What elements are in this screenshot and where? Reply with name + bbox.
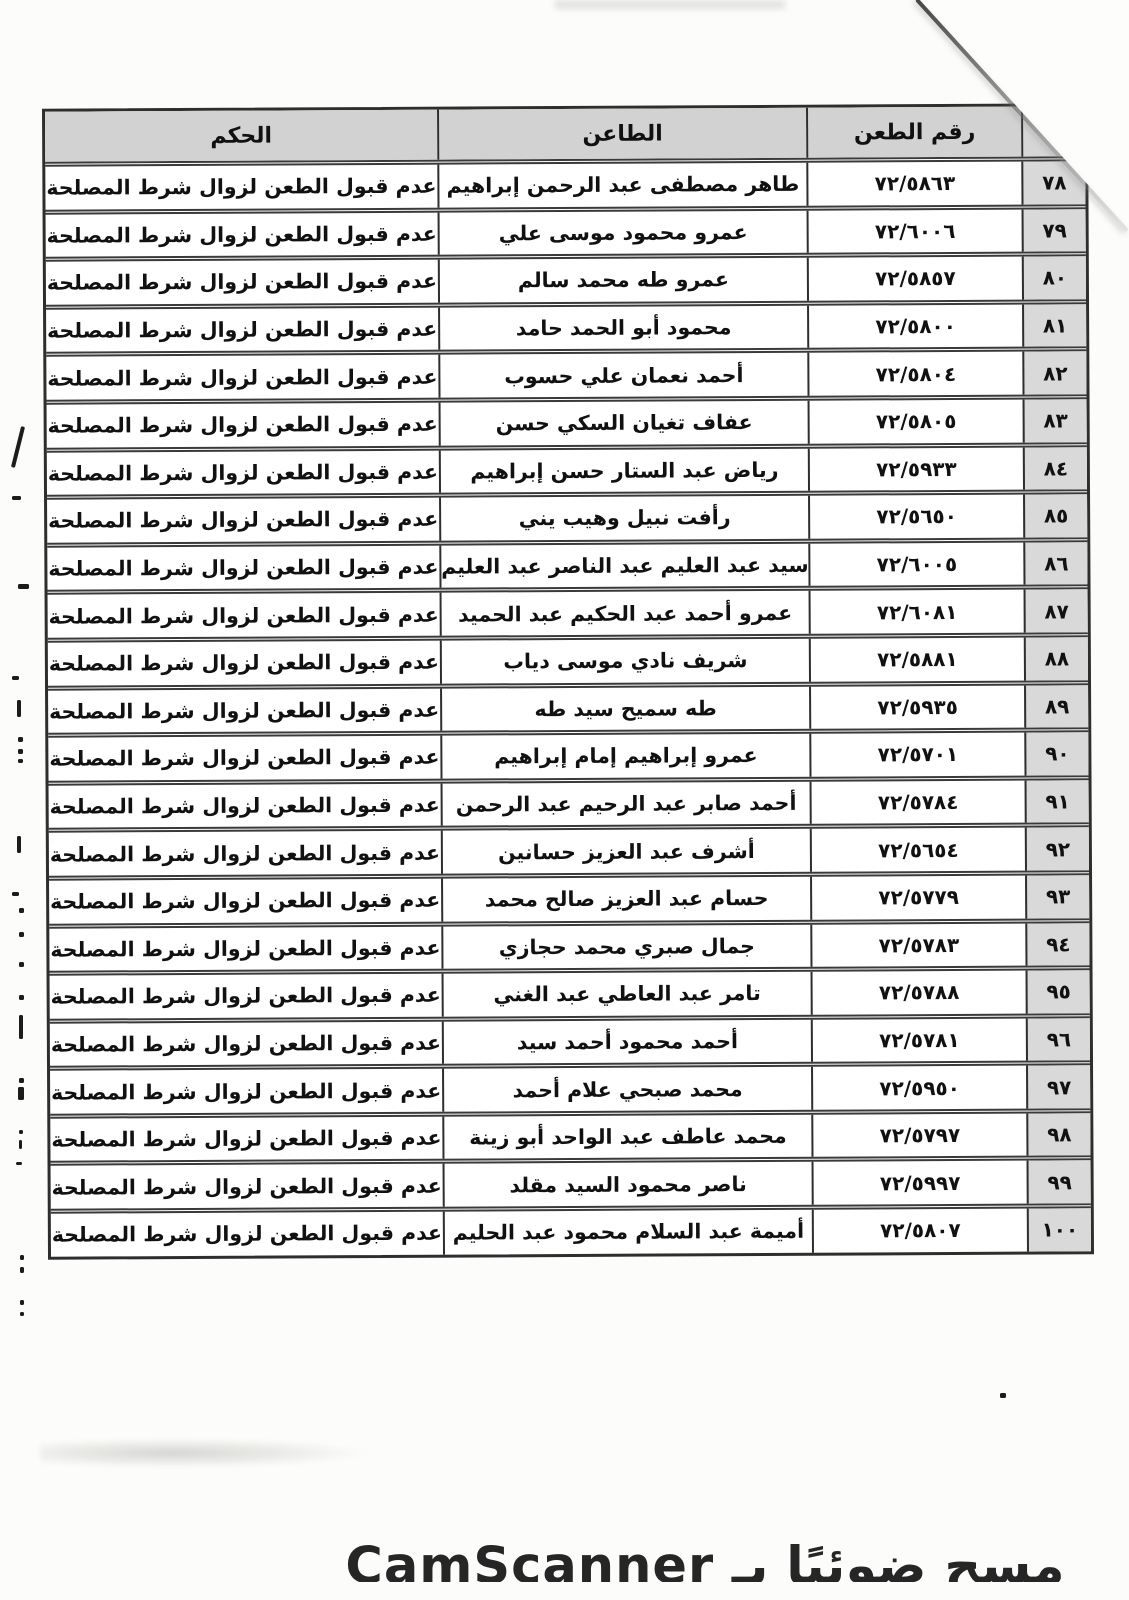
- cell-appellant: محمد عاطف عبد الواحد أبو زينة: [442, 1115, 811, 1160]
- cell-appeal-number: ٧٢/٥٨٠٥: [808, 400, 1023, 444]
- cell-appellant: رياض عبد الستار حسن إبراهيم: [439, 448, 808, 493]
- cell-appeal-number: ٧٢/٥٧٠١: [809, 733, 1024, 777]
- cell-serial: ٩٠: [1024, 732, 1088, 775]
- cell-judgment: عدم قبول الطعن لزوال شرط المصلحة: [46, 260, 438, 305]
- cell-serial: ٧٩: [1022, 209, 1086, 252]
- cell-appeal-number: ٧٢/٥٦٥٤: [810, 828, 1025, 872]
- cell-judgment: عدم قبول الطعن لزوال شرط المصلحة: [48, 641, 440, 686]
- cell-appellant: أحمد محمود أحمد سيد: [442, 1019, 811, 1064]
- scan-artifact: [18, 1087, 24, 1100]
- cell-serial: ٨٠: [1022, 256, 1086, 299]
- scan-artifact: [16, 1162, 22, 1165]
- table-row: ٧٩ ٧٢/٦٠٠٦ عمرو محمود موسى علي عدم قبول …: [46, 204, 1086, 257]
- cell-serial: ٨٢: [1022, 352, 1086, 395]
- cell-serial: ٩٢: [1025, 828, 1089, 871]
- cell-judgment: عدم قبول الطعن لزوال شرط المصلحة: [50, 974, 442, 1019]
- scan-artifact: [19, 1078, 24, 1083]
- cell-appeal-number: ٧٢/٥٩٣٥: [809, 685, 1024, 729]
- scan-artifact: [19, 1130, 23, 1134]
- scan-artifact: [12, 892, 19, 896]
- scan-smudge: [555, 0, 785, 9]
- scan-artifact: [1000, 1393, 1006, 1398]
- cell-appellant: محمد صبحي علام أحمد: [442, 1067, 811, 1112]
- header-appeal-number: رقم الطعن: [806, 107, 1021, 158]
- cell-appeal-number: ٧٢/٥٨٠٤: [807, 352, 1022, 396]
- cell-appellant: رأفت نبيل وهيب يني: [439, 496, 808, 541]
- table-row: ٨٤ ٧٢/٥٩٣٣ رياض عبد الستار حسن إبراهيم ع…: [47, 442, 1087, 495]
- scan-smudge: [40, 1438, 370, 1468]
- cell-judgment: عدم قبول الطعن لزوال شرط المصلحة: [47, 450, 439, 495]
- table-row: ٨٥ ٧٢/٥٦٥٠ رأفت نبيل وهيب يني عدم قبول ا…: [47, 489, 1087, 542]
- scan-artifact: [17, 700, 21, 717]
- cell-judgment: عدم قبول الطعن لزوال شرط المصلحة: [48, 688, 440, 733]
- cell-serial: ٩٨: [1026, 1113, 1090, 1156]
- scan-artifact: [19, 962, 24, 967]
- cell-judgment: عدم قبول الطعن لزوال شرط المصلحة: [45, 165, 437, 210]
- cell-appeal-number: ٧٢/٥٩٩٧: [812, 1161, 1027, 1205]
- cell-appellant: عمرو أحمد عبد الحكيم عبد الحميد: [440, 591, 809, 636]
- cell-appeal-number: ٧٢/٥٨٦٣: [806, 162, 1021, 206]
- cell-appeal-number: ٧٢/٦٠٠٥: [808, 542, 1023, 586]
- cell-judgment: عدم قبول الطعن لزوال شرط المصلحة: [47, 498, 439, 543]
- table-row: ٩٨ ٧٢/٥٧٩٧ محمد عاطف عبد الواحد أبو زينة…: [50, 1108, 1090, 1161]
- cell-appellant: طاهر مصطفى عبد الرحمن إبراهيم: [437, 163, 806, 208]
- header-appellant: الطاعن: [437, 108, 806, 160]
- cell-judgment: عدم قبول الطعن لزوال شرط المصلحة: [50, 1117, 442, 1162]
- cell-appellant: أشرف عبد العزيز حسانين: [441, 829, 810, 874]
- cell-serial: ٨٨: [1024, 637, 1088, 680]
- table-row: ٨٨ ٧٢/٥٨٨١ شريف نادي موسى دياب عدم قبول …: [48, 632, 1088, 685]
- cell-judgment: عدم قبول الطعن لزوال شرط المصلحة: [49, 879, 441, 924]
- cell-appeal-number: ٧٢/٥٧٨٨: [811, 971, 1026, 1015]
- camscanner-watermark-text: مسح ضوئيًا بـ CamScanner: [285, 1535, 1125, 1582]
- cell-appeal-number: ٧٢/٥٧٨٣: [810, 923, 1025, 967]
- scan-artifact: [18, 584, 29, 589]
- cell-appeal-number: ٧٢/٥٧٨٤: [810, 780, 1025, 824]
- cell-serial: ١٠٠: [1027, 1208, 1091, 1251]
- cell-appeal-number: ٧٢/٦٠٨١: [809, 590, 1024, 634]
- cell-serial: ٨٣: [1023, 399, 1087, 442]
- cell-judgment: عدم قبول الطعن لزوال شرط المصلحة: [46, 307, 438, 352]
- scan-artifact: [19, 1140, 22, 1149]
- cell-judgment: عدم قبول الطعن لزوال شرط المصلحة: [47, 403, 439, 448]
- cell-appeal-number: ٧٢/٥٩٣٣: [808, 447, 1023, 491]
- cell-appellant: عمرو محمود موسى علي: [438, 210, 807, 255]
- cell-judgment: عدم قبول الطعن لزوال شرط المصلحة: [51, 1164, 443, 1209]
- cell-judgment: عدم قبول الطعن لزوال شرط المصلحة: [47, 545, 439, 590]
- table-row: ١٠٠ ٧٢/٥٨٠٧ أميمة عبد السلام محمود عبد ا…: [51, 1203, 1091, 1256]
- table-row: ٩٤ ٧٢/٥٧٨٣ جمال صبري محمد حجازي عدم قبول…: [49, 918, 1089, 971]
- cell-appeal-number: ٧٢/٥٧٩٧: [811, 1113, 1026, 1157]
- scan-artifact: [17, 836, 21, 853]
- table-row: ٨٩ ٧٢/٥٩٣٥ طه سميح سيد طه عدم قبول الطعن…: [48, 680, 1088, 733]
- cell-serial: ٩٥: [1026, 970, 1090, 1013]
- cell-appellant: أميمة عبد السلام محمود عبد الحليم: [443, 1210, 812, 1255]
- cell-appellant: طه سميح سيد طه: [440, 686, 809, 731]
- header-judgment: الحكم: [45, 110, 437, 162]
- cell-judgment: عدم قبول الطعن لزوال شرط المصلحة: [49, 783, 441, 828]
- camscanner-watermark: مسح ضوئيًا بـ CamScanner: [285, 1535, 1125, 1582]
- cell-appellant: تامر عبد العاطي عبد الغني: [442, 972, 811, 1017]
- table-row: ٩٠ ٧٢/٥٧٠١ عمرو إبراهيم إمام إبراهيم عدم…: [48, 727, 1088, 780]
- scan-artifact: [18, 759, 23, 763]
- cell-appellant: عمرو طه محمد سالم: [438, 258, 807, 303]
- cell-appeal-number: ٧٢/٦٠٠٦: [807, 209, 1022, 253]
- cell-serial: ٩١: [1025, 780, 1089, 823]
- cell-serial: ٨٤: [1023, 447, 1087, 490]
- table-row: ٨١ ٧٢/٥٨٠٠ محمود أبو الحمد حامد عدم قبول…: [46, 299, 1086, 352]
- cell-serial: ٨٥: [1023, 494, 1087, 537]
- cell-serial: ٨٧: [1024, 590, 1088, 633]
- table-row: ٨٠ ٧٢/٥٨٥٧ عمرو طه محمد سالم عدم قبول ال…: [46, 251, 1086, 304]
- table-row: ٨٧ ٧٢/٦٠٨١ عمرو أحمد عبد الحكيم عبد الحم…: [48, 585, 1088, 638]
- cell-judgment: عدم قبول الطعن لزوال شرط المصلحة: [49, 926, 441, 971]
- scan-artifact: [20, 1312, 24, 1316]
- cell-judgment: عدم قبول الطعن لزوال شرط المصلحة: [48, 736, 440, 781]
- scan-artifact: [19, 908, 24, 913]
- table-row: ٩٩ ٧٢/٥٩٩٧ ناصر محمود السيد مقلد عدم قبو…: [51, 1156, 1091, 1209]
- cell-appeal-number: ٧٢/٥٧٨١: [811, 1018, 1026, 1062]
- table-row: ٧٨ ٧٢/٥٨٦٣ طاهر مصطفى عبد الرحمن إبراهيم…: [45, 156, 1085, 209]
- cell-judgment: عدم قبول الطعن لزوال شرط المصلحة: [50, 1021, 442, 1066]
- cell-judgment: عدم قبول الطعن لزوال شرط المصلحة: [51, 1212, 443, 1257]
- cell-appeal-number: ٧٢/٥٦٥٠: [808, 495, 1023, 539]
- cell-appellant: عمرو إبراهيم إمام إبراهيم: [440, 734, 809, 779]
- cell-serial: ٩٤: [1025, 923, 1089, 966]
- cell-serial: ٨٩: [1024, 685, 1088, 728]
- table-header-row: رقم الطعن الطاعن الحكم: [45, 106, 1085, 161]
- scanned-document-page: رقم الطعن الطاعن الحكم ٧٨ ٧٢/٥٨٦٣ طاهر م…: [0, 0, 1129, 1600]
- scan-artifact: [18, 737, 23, 742]
- cell-appeal-number: ٧٢/٥٨٨١: [809, 638, 1024, 682]
- scan-artifact: [20, 1255, 24, 1260]
- cell-serial: ٩٧: [1026, 1066, 1090, 1109]
- scan-artifact: [19, 995, 24, 1000]
- scan-artifact: [12, 496, 21, 500]
- cell-appellant: جمال صبري محمد حجازي: [441, 924, 810, 969]
- cell-serial: ٩٩: [1027, 1161, 1091, 1204]
- cell-appeal-number: ٧٢/٥٨٠٠: [807, 304, 1022, 348]
- cell-serial: ٨٦: [1023, 542, 1087, 585]
- cell-appeal-number: ٧٢/٥٨٠٧: [812, 1209, 1027, 1253]
- scan-artifact: [11, 426, 25, 468]
- table-row: ٩٣ ٧٢/٥٧٧٩ حسام عبد العزيز صالح محمد عدم…: [49, 870, 1089, 923]
- cell-appellant: سيد عبد العليم عبد الناصر عبد العليم: [439, 543, 808, 588]
- cell-judgment: عدم قبول الطعن لزوال شرط المصلحة: [46, 212, 438, 257]
- scan-artifact: [19, 1015, 23, 1039]
- table-body: ٧٨ ٧٢/٥٨٦٣ طاهر مصطفى عبد الرحمن إبراهيم…: [45, 156, 1091, 1256]
- appeals-table: رقم الطعن الطاعن الحكم ٧٨ ٧٢/٥٨٦٣ طاهر م…: [42, 103, 1094, 1259]
- cell-appellant: أحمد صابر عبد الرحيم عبد الرحمن: [441, 781, 810, 826]
- cell-judgment: عدم قبول الطعن لزوال شرط المصلحة: [48, 593, 440, 638]
- cell-appellant: محمود أبو الحمد حامد: [438, 306, 807, 351]
- table-row: ٨٦ ٧٢/٦٠٠٥ سيد عبد العليم عبد الناصر عبد…: [47, 537, 1087, 590]
- cell-judgment: عدم قبول الطعن لزوال شرط المصلحة: [49, 831, 441, 876]
- table-row: ٩٦ ٧٢/٥٧٨١ أحمد محمود أحمد سيد عدم قبول …: [50, 1013, 1090, 1066]
- scan-artifact: [20, 1267, 24, 1273]
- scan-artifact: [19, 932, 24, 937]
- cell-appeal-number: ٧٢/٥٨٥٧: [807, 257, 1022, 301]
- table-row: ٩٧ ٧٢/٥٩٥٠ محمد صبحي علام أحمد عدم قبول …: [50, 1061, 1090, 1114]
- table-row: ٨٢ ٧٢/٥٨٠٤ أحمد نعمان علي حسوب عدم قبول …: [46, 347, 1086, 400]
- table-row: ٩٢ ٧٢/٥٦٥٤ أشرف عبد العزيز حسانين عدم قب…: [49, 823, 1089, 876]
- scan-artifact: [12, 676, 19, 680]
- cell-appeal-number: ٧٢/٥٧٧٩: [810, 876, 1025, 920]
- cell-appellant: أحمد نعمان علي حسوب: [438, 353, 807, 398]
- table-row: ٩١ ٧٢/٥٧٨٤ أحمد صابر عبد الرحيم عبد الرح…: [49, 775, 1089, 828]
- cell-appellant: ناصر محمود السيد مقلد: [443, 1162, 812, 1207]
- scan-artifact: [20, 1300, 24, 1305]
- cell-serial: ٩٦: [1026, 1018, 1090, 1061]
- cell-appellant: عفاف تغيان السكي حسن: [439, 401, 808, 446]
- cell-appellant: حسام عبد العزيز صالح محمد: [441, 877, 810, 922]
- cell-appellant: شريف نادي موسى دياب: [440, 639, 809, 684]
- cell-judgment: عدم قبول الطعن لزوال شرط المصلحة: [50, 1069, 442, 1114]
- table-row: ٨٣ ٧٢/٥٨٠٥ عفاف تغيان السكي حسن عدم قبول…: [47, 394, 1087, 447]
- cell-judgment: عدم قبول الطعن لزوال شرط المصلحة: [46, 355, 438, 400]
- cell-appeal-number: ٧٢/٥٩٥٠: [811, 1066, 1026, 1110]
- table-row: ٩٥ ٧٢/٥٧٨٨ تامر عبد العاطي عبد الغني عدم…: [50, 965, 1090, 1018]
- cell-serial: ٨١: [1022, 304, 1086, 347]
- scan-artifact: [18, 749, 23, 754]
- cell-serial: ٩٣: [1025, 875, 1089, 918]
